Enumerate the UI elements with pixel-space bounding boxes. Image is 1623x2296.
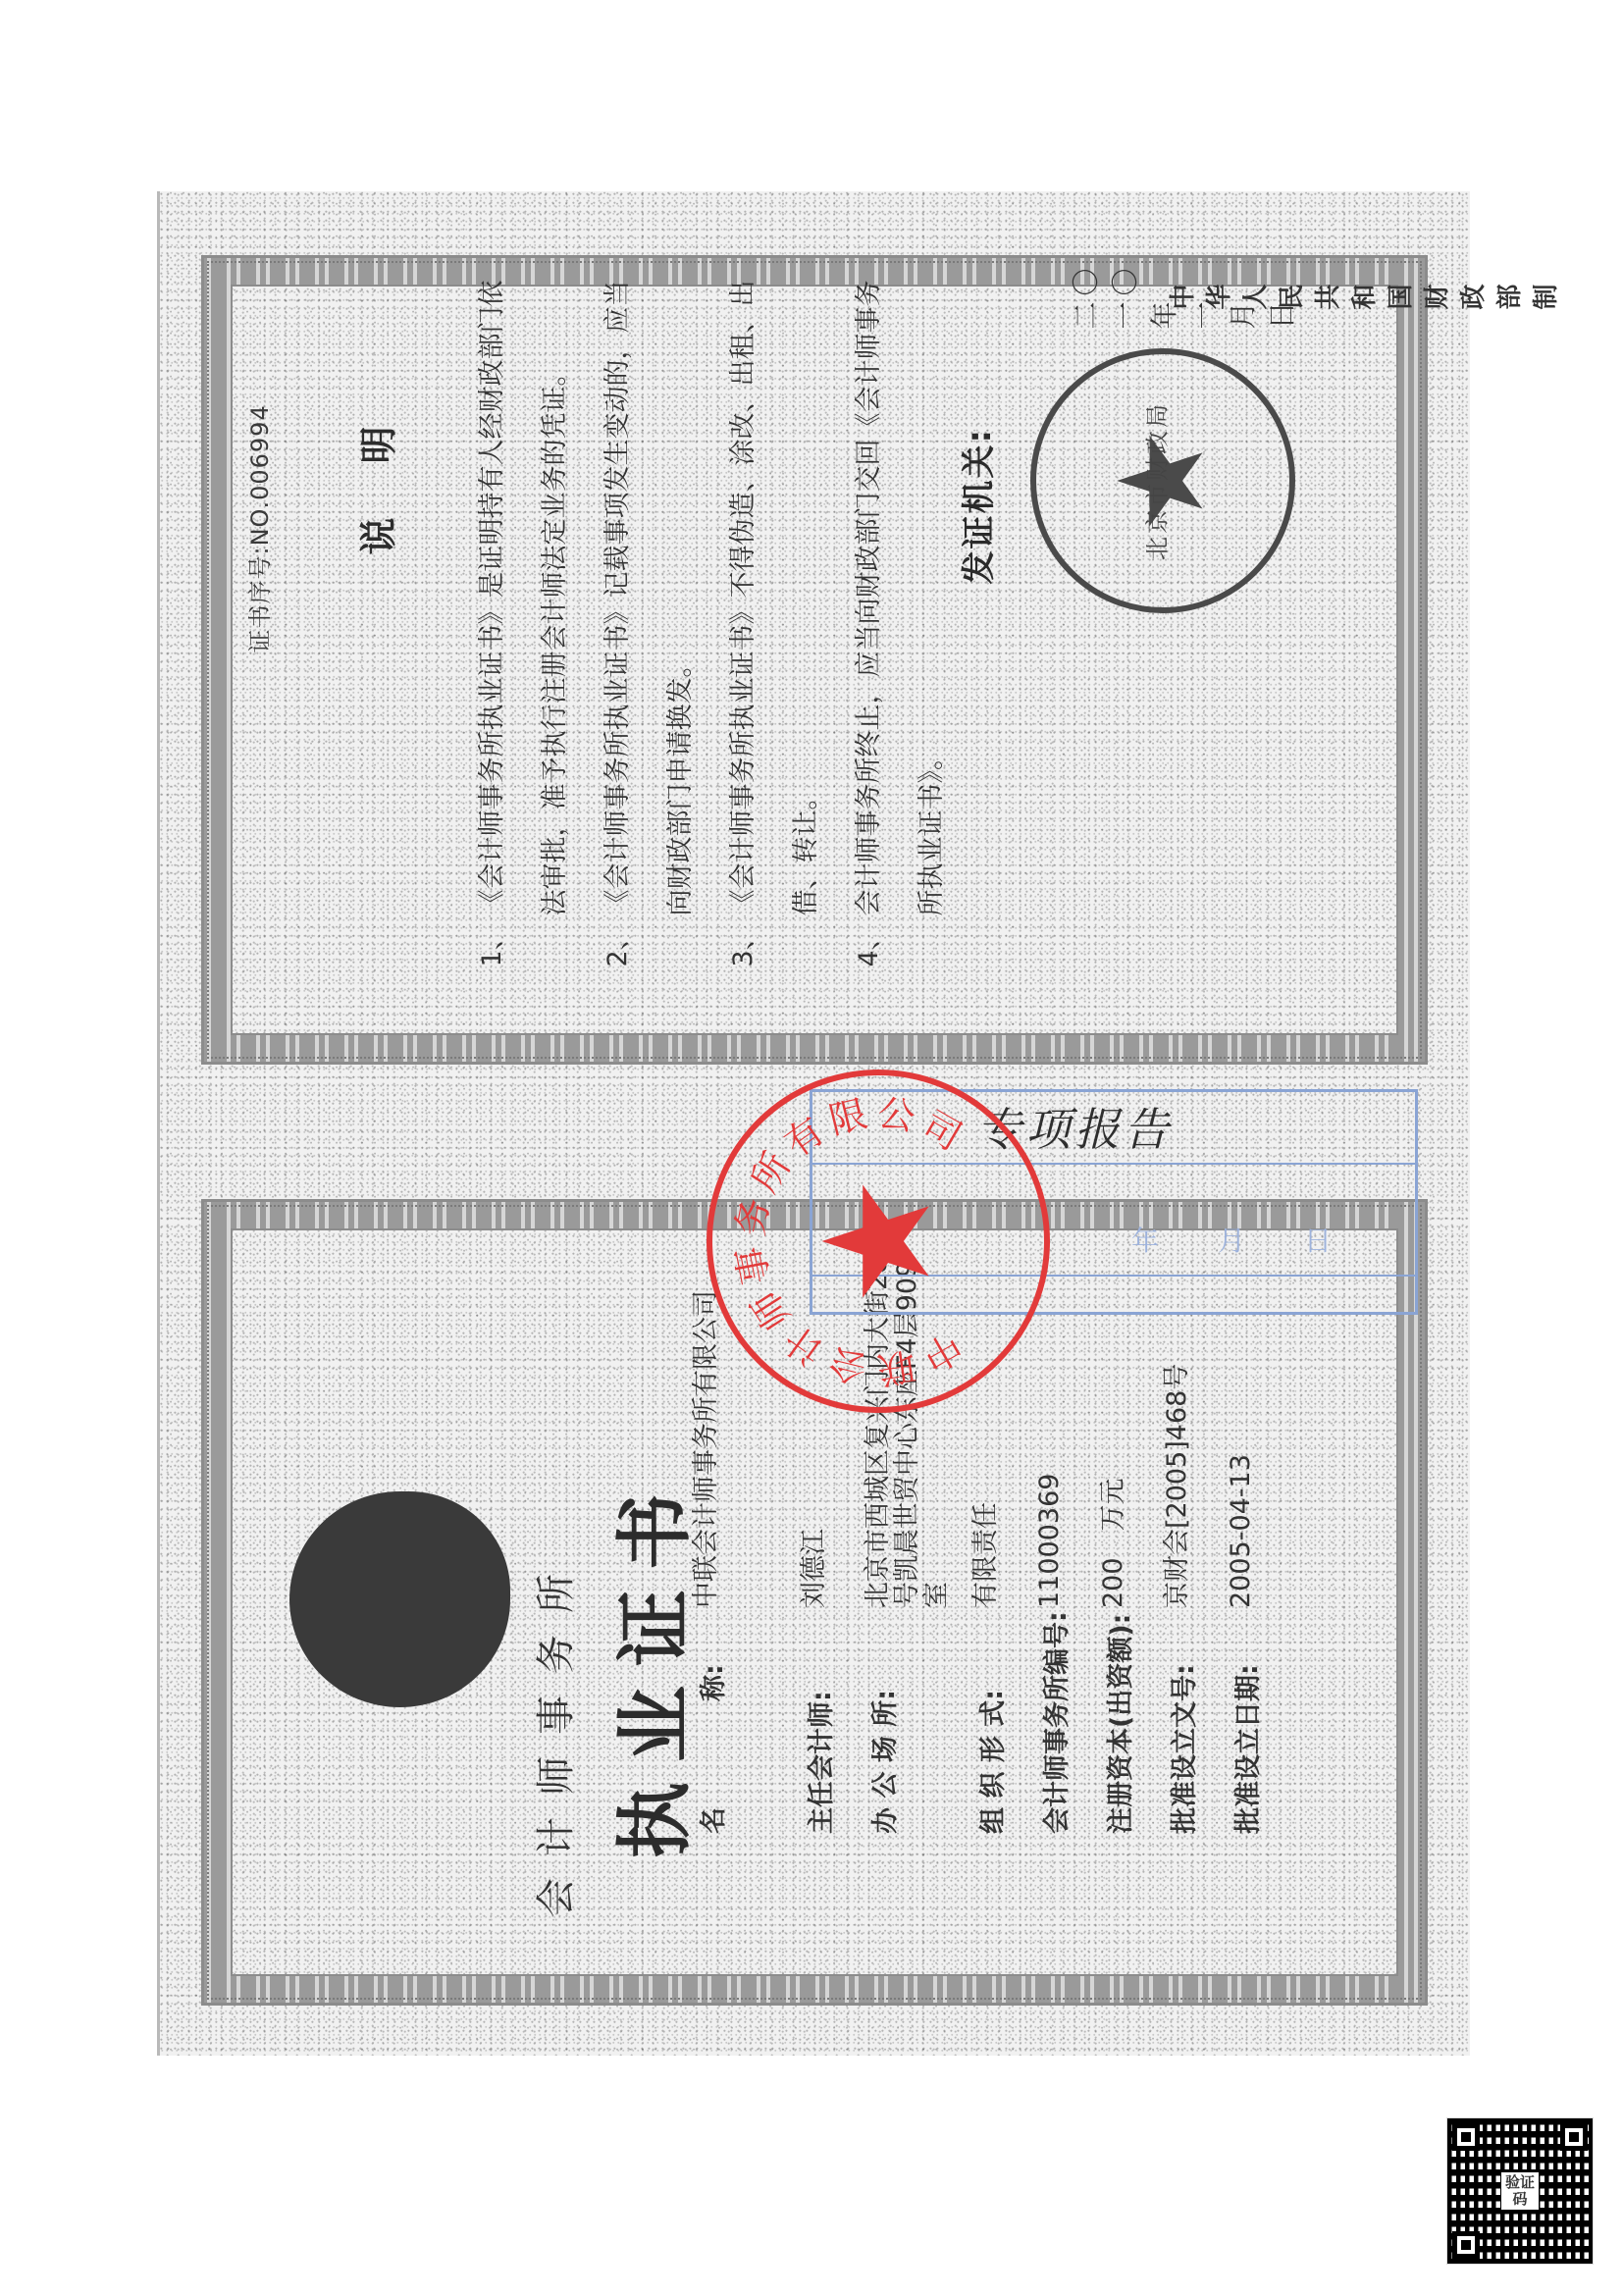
note-item: 2、《会计师事务所执业证书》记载事项发生变动的，应当向财政部门申请换发。	[587, 280, 712, 966]
national-emblem	[289, 1491, 510, 1707]
issuer-seal: ★ 北京市财政局	[1030, 348, 1295, 613]
qr-finder	[1452, 2123, 1480, 2151]
field-approval-number: 批准设立文号:京财会[2005]468号	[1163, 1364, 1201, 1834]
note-item: 1、《会计师事务所执业证书》是证明持有人经财政部门依法审批，准予执行注册会计师法…	[461, 280, 587, 966]
company-seal-text: 中联会计师事务所有限公司	[731, 1094, 1025, 1388]
certificate-number: 证书序号:NO.006994	[240, 404, 275, 652]
verification-qr-code[interactable]: 验证码	[1446, 2117, 1594, 2265]
field-name: 名 称:中联会计师事务所有限公司	[692, 1290, 730, 1834]
license-subtitle: 会计师事务所	[525, 1552, 581, 1917]
field-registered-capital: 注册资本(出资额):200 万元	[1099, 1478, 1137, 1834]
company-seal: ★ 中联会计师事务所有限公司	[707, 1070, 1050, 1413]
explanation-title: 说明	[348, 372, 402, 554]
qr-center-label: 验证码	[1501, 2172, 1539, 2210]
notes-list: 1、《会计师事务所执业证书》是证明持有人经财政部门依法审批，准予执行注册会计师法…	[461, 280, 964, 966]
note-item: 4、会计师事务所终止，应当向财政部门交回《会计师事务所执业证书》。	[838, 280, 964, 966]
field-organization-form: 组 织 形 式:有限责任	[971, 1502, 1010, 1834]
made-by-text: 中华人民共和国财政部制	[1163, 255, 1562, 309]
field-approval-date: 批准设立日期:2005-04-13	[1227, 1454, 1265, 1834]
issuer-seal-text: 北京市财政局	[1138, 401, 1173, 560]
field-firm-number: 会计师事务所编号:11000369	[1035, 1474, 1073, 1834]
issuer-label: 发证机关:	[952, 427, 1000, 584]
note-item: 3、《会计师事务所执业证书》不得伪造、涂改、出租、出借、转让。	[712, 280, 838, 966]
usage-stamp-date: 年月日	[1131, 1220, 1390, 1259]
license-title: 执业证书	[594, 1474, 704, 1858]
qr-finder	[1452, 2231, 1480, 2259]
field-chief-accountant: 主任会计师:刘德江	[800, 1529, 838, 1834]
qr-finder	[1560, 2123, 1588, 2151]
